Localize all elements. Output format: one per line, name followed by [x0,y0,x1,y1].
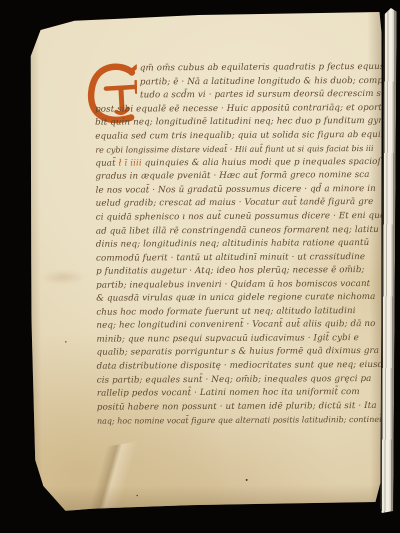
ink-text: & quasdā virulas quæ in unica gidele reg… [96,292,375,304]
ink-text: naq; hoc nomine vocat̄ figure que altern… [97,415,382,426]
manuscript-text-line: uelud gradib; crescat ad maius · Vocatur… [96,196,376,211]
manuscript-text-line: commodū fuerit · tantū ut altitudinī min… [96,251,376,266]
ink-text: commodū fuerit · tantū ut altitudinī min… [96,252,365,264]
ink-text: partib; ē · Nā a latitudine longitudo & … [140,75,400,87]
ink-text: uelud gradib; crescat ad maius · Vocatur… [96,197,374,209]
manuscript-text-line: chus hoc modo formate fuerunt ut neq; al… [96,305,376,320]
ink-text: tudo a scd̄m vi · partes id sursum deors… [140,89,400,101]
manuscript-page: qm̄ om̄s cubus ab equilateris quadratis … [28,12,384,511]
ink-text: p funditatis augetur · Atq; ideo hos ple… [96,265,365,277]
manuscript-text-line: equalia sed cum tris inequalib; quia ut … [95,129,375,144]
manuscript-text-line: rallelip pedos vocant̄ · Latini nomen ho… [97,386,377,401]
manuscript-text-line: post sibi equalē eē necesse · Huic appos… [95,102,375,117]
ink-text: qm̄ om̄s cubus ab equilateris quadratis … [140,62,400,74]
manuscript-text-line: tudo a scd̄m vi · partes id sursum deors… [95,88,375,103]
manuscript-text-line: minib; que nunc psequi supvacuū iudicavi… [96,332,376,347]
ink-text: qualib; separatis porriguntur s & huius … [97,346,380,358]
margin-stain [40,270,86,285]
manuscript-text-line: ad quā libet illā rē constringendā cuneo… [96,224,376,239]
manuscript-text-line: quat̄ ł ī iiii quinquies & alia huius mo… [95,156,375,171]
ink-text: dinis neq; longitudinis neq; altitudinis… [96,238,370,250]
manuscript-text-line: data distributione dispositę · mediocrit… [97,359,377,374]
manuscript-text-line: cis partib; equales sunt̄ · Neq; om̄ib; … [97,373,377,388]
manuscript-photo: qm̄ om̄s cubus ab equilateris quadratis … [0,0,400,533]
book-fore-edge [380,8,397,513]
manuscript-text-line: qualib; separatis porriguntur s & huius … [97,345,377,360]
ink-text: minib; que nunc psequi supvacuū iudicavi… [96,333,358,345]
manuscript-text-line: bit quin neq; longitudinē latitudini neq… [95,115,375,130]
ink-text: partib; inequalebus inveniri · Quidam ū … [96,279,370,291]
rubric-text: ł ī iiii [119,158,142,168]
ink-text: rallelip pedos vocant̄ · Latini nomen ho… [97,387,360,399]
ink-text: quat̄ [95,158,118,168]
manuscript-text-line: & quasdā virulas quæ in unica gidele reg… [96,291,376,306]
manuscript-text-line: re cybi longissime distare videat̄ · Hii… [95,142,375,157]
manuscript-text-line: p funditatis augetur · Atq; ideo hos ple… [96,264,376,279]
ink-text: ci quidā sphenisco ı nos aut̄ cuneū poss… [96,211,390,223]
ink-text: neq; hec longitudini convenirent̄ · Voca… [96,319,375,331]
ink-text: gradus in æquale pveniāt · Hæc aut̄ form… [95,170,369,182]
ink-text: le nos vocat̄ · Nos ū gradatū possumus d… [96,184,376,196]
ink-text: data distributione dispositę · mediocrit… [97,360,384,372]
manuscript-text-line: partib; ē · Nā a latitudine longitudo & … [95,75,375,90]
manuscript-text-line: qm̄ om̄s cubus ab equilateris quadratis … [95,61,375,76]
ink-text: chus hoc modo formate fuerunt ut neq; al… [96,306,355,318]
ink-text: equalia sed cum tris inequalib; quia ut … [95,130,398,142]
illuminated-initial-ET [87,62,137,126]
manuscript-text-line: naq; hoc nomine vocat̄ figure que altern… [97,413,377,428]
manuscript-text-line: partib; inequalebus inveniri · Quidam ū … [96,278,376,293]
manuscript-text-line: neq; hec longitudini convenirent̄ · Voca… [96,318,376,333]
manuscript-text-line: positū habere non possunt · ut tamen idē… [97,400,377,415]
text-block: qm̄ om̄s cubus ab equilateris quadratis … [95,61,377,428]
ink-text: post sibi equalē eē necesse · Huic appos… [95,103,387,115]
manuscript-text-line: le nos vocat̄ · Nos ū gradatū possumus d… [96,183,376,198]
manuscript-text-line: dinis neq; longitudinis neq; altitudinis… [96,237,376,252]
ink-text: ad quā libet illā rē constringendā cuneo… [96,225,379,237]
ink-text: bit quin neq; longitudinē latitudini neq… [95,116,388,128]
ink-text: quinquies & alia huius modi que p inequa… [142,157,381,168]
manuscript-text-line: gradus in æquale pveniāt · Hæc aut̄ form… [95,169,375,184]
manuscript-text-line: ci quidā sphenisco ı nos aut̄ cuneū poss… [96,210,376,225]
ink-text: cis partib; equales sunt̄ · Neq; om̄ib; … [97,374,372,386]
ink-text: re cybi longissime distare videat̄ · Hii… [95,144,373,155]
ink-text: positū habere non possunt · ut tamen idē… [97,401,377,413]
